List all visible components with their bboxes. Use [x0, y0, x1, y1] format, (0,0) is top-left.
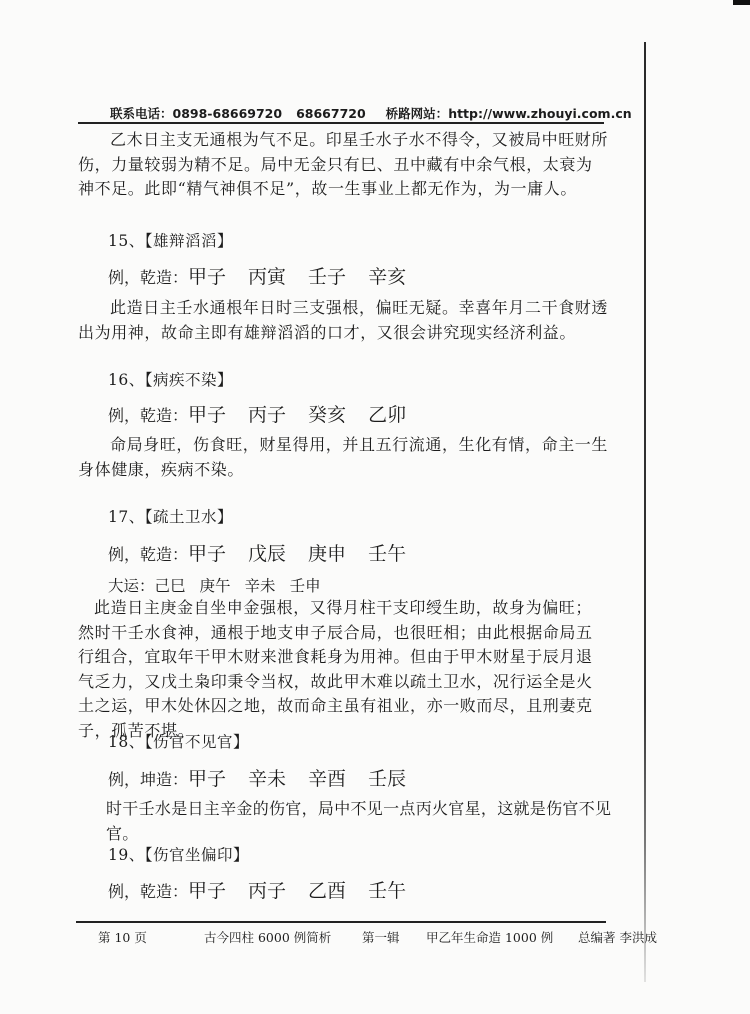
section-heading-16: 16、【病疾不染】 — [108, 368, 233, 390]
pillar-day: 辛酉 — [308, 768, 346, 790]
book-title: 古今四柱 6000 例简析 — [204, 928, 331, 946]
section-heading-18: 18、【伤官不见官】 — [108, 730, 249, 752]
footer-rule — [76, 921, 606, 923]
example-label: 例，乾造： — [108, 268, 188, 287]
phone-number-2: 68667720 — [296, 106, 366, 121]
pillar-hour: 壬午 — [368, 543, 406, 565]
example-label: 例，坤造： — [108, 770, 188, 789]
page-number: 第 10 页 — [98, 928, 147, 946]
book-subtitle: 甲乙年生命造 1000 例 — [426, 928, 553, 946]
scan-artifact — [733, 0, 750, 5]
page-header: 联系电话：0898-6866972068667720桥路网站：http://ww… — [110, 104, 580, 122]
pillar-hour: 辛亥 — [368, 266, 406, 288]
author: 总编著 李洪成 — [578, 928, 657, 946]
pillar-month: 丙寅 — [248, 266, 286, 288]
section-heading-17: 17、【疏土卫水】 — [108, 505, 233, 527]
pillar-hour: 乙卯 — [368, 404, 406, 426]
section-text-16: 命局身旺，伤食旺，财星得用，并且五行流通，生化有情，命主一生身体健康，疾病不染。 — [78, 433, 608, 482]
example-label: 例，乾造： — [108, 545, 188, 564]
example-18: 例，坤造：甲子辛未辛酉壬辰 — [108, 764, 428, 791]
pillar-year: 甲子 — [188, 768, 226, 790]
section-text-17: 此造日主庚金自坐申金强根，又得月柱干支印绶生助，故身为偏旺；然时干壬水食神，通根… — [78, 596, 608, 743]
dayun-4: 壬申 — [290, 577, 321, 595]
pillar-day: 庚申 — [308, 543, 346, 565]
section-heading-15: 15、【雄辩滔滔】 — [108, 229, 233, 251]
pillar-day: 癸亥 — [308, 404, 346, 426]
volume-label: 第一辑 — [362, 928, 400, 946]
section-text-18: 时干壬水是日主辛金的伤官，局中不见一点丙火官星，这就是伤官不见官。 — [106, 797, 626, 846]
dayun-1: 己巳 — [155, 577, 186, 595]
pillar-month: 丙子 — [248, 404, 286, 426]
pillar-month: 戊辰 — [248, 543, 286, 565]
dayun-2: 庚午 — [200, 577, 231, 595]
dayun-label: 大运： — [108, 577, 155, 595]
pillar-hour: 壬辰 — [368, 768, 406, 790]
example-19: 例，乾造：甲子丙子乙酉壬午 — [108, 876, 428, 903]
page-edge-line — [644, 42, 646, 982]
example-16: 例，乾造：甲子丙子癸亥乙卯 — [108, 400, 428, 427]
pillar-day: 壬子 — [308, 266, 346, 288]
pillar-month: 辛未 — [248, 768, 286, 790]
dayun-17: 大运：己巳庚午辛未壬申 — [108, 574, 335, 596]
pillar-year: 甲子 — [188, 404, 226, 426]
pillar-year: 甲子 — [188, 880, 226, 902]
phone-label: 联系电话： — [110, 106, 173, 121]
pillar-day: 乙酉 — [308, 880, 346, 902]
header-rule — [78, 122, 604, 124]
section-text-15: 此造日主壬水通根年日时三支强根，偏旺无疑。幸喜年月二干食财透出为用神，故命主即有… — [78, 296, 608, 345]
section-heading-19: 19、【伤官坐偏印】 — [108, 843, 249, 865]
pillar-month: 丙子 — [248, 880, 286, 902]
site-label: 桥路网站： — [386, 106, 449, 121]
dayun-3: 辛未 — [245, 577, 276, 595]
example-label: 例，乾造： — [108, 406, 188, 425]
phone-number-1: 0898-68669720 — [173, 106, 283, 121]
site-url: http://www.zhouyi.com.cn — [448, 106, 631, 121]
example-label: 例，乾造： — [108, 882, 188, 901]
example-17: 例，乾造：甲子戊辰庚申壬午 — [108, 539, 428, 566]
pillar-hour: 壬午 — [368, 880, 406, 902]
pillar-year: 甲子 — [188, 543, 226, 565]
pillar-year: 甲子 — [188, 266, 226, 288]
intro-paragraph: 乙木日主支无通根为气不足。印星壬水子水不得令，又被局中旺财所伤，力量较弱为精不足… — [78, 128, 608, 202]
example-15: 例，乾造：甲子丙寅壬子辛亥 — [108, 262, 428, 289]
